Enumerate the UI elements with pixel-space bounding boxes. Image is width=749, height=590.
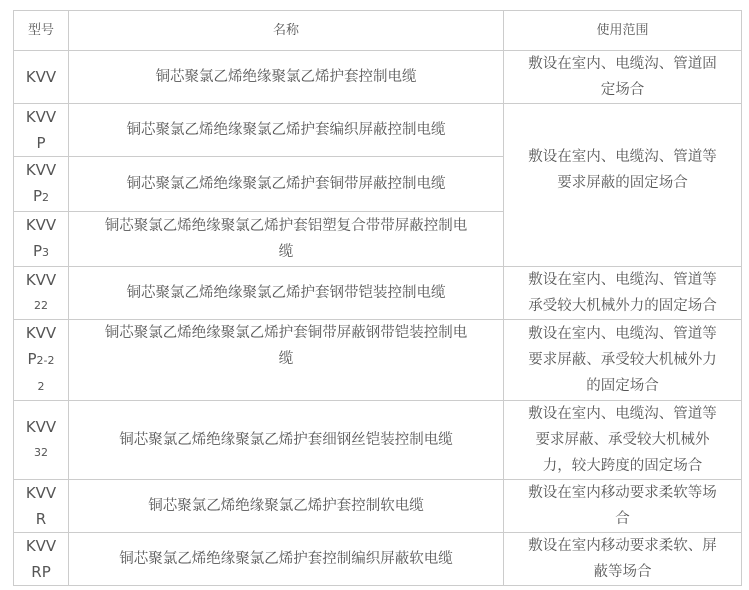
table-row: KVV P 铜芯聚氯乙烯绝缘聚氯乙烯护套编织屏蔽控制电缆 敷设在室内、电缆沟、管… xyxy=(14,104,742,157)
usage-cell: 敷设在室内移动要求柔软等场 合 xyxy=(504,480,742,533)
name-cell: 铜芯聚氯乙烯绝缘聚氯乙烯护套铜带屏蔽控制电缆 xyxy=(69,157,504,212)
model-cell: KVV xyxy=(14,51,69,104)
model-cell: KVV RP xyxy=(14,533,69,586)
name-cell: 铜芯聚氯乙烯绝缘聚氯乙烯护套铝塑复合带带屏蔽控制电 缆 xyxy=(69,212,504,267)
name-cell: 铜芯聚氯乙烯绝缘聚氯乙烯护套钢带铠装控制电缆 xyxy=(69,267,504,320)
name-cell: 铜芯聚氯乙烯绝缘聚氯乙烯护套铜带屏蔽钢带铠装控制电 缆 xyxy=(69,320,504,401)
usage-cell: 敷设在室内、电缆沟、管道固 定场合 xyxy=(504,51,742,104)
header-model: 型号 xyxy=(14,11,69,51)
usage-cell: 敷设在室内、电缆沟、管道等 要求屏蔽、承受较大机械外力 的固定场合 xyxy=(504,320,742,401)
name-cell: 铜芯聚氯乙烯绝缘聚氯乙烯护套细钢丝铠装控制电缆 xyxy=(69,401,504,480)
model-cell: KVV R xyxy=(14,480,69,533)
usage-cell: 敷设在室内、电缆沟、管道等 承受较大机械外力的固定场合 xyxy=(504,267,742,320)
usage-cell: 敷设在室内、电缆沟、管道等 要求屏蔽、承受较大机械外 力，较大跨度的固定场合 xyxy=(504,401,742,480)
model-cell: KVV P xyxy=(14,104,69,157)
header-usage: 使用范围 xyxy=(504,11,742,51)
table-row: KVV RP 铜芯聚氯乙烯绝缘聚氯乙烯护套控制编织屏蔽软电缆 敷设在室内移动要求… xyxy=(14,533,742,586)
model-cell: KVV P3 xyxy=(14,212,69,267)
usage-cell-merged: 敷设在室内、电缆沟、管道等 要求屏蔽的固定场合 xyxy=(504,104,742,267)
name-cell: 铜芯聚氯乙烯绝缘聚氯乙烯护套控制编织屏蔽软电缆 xyxy=(69,533,504,586)
table-row: KVV 32 铜芯聚氯乙烯绝缘聚氯乙烯护套细钢丝铠装控制电缆 敷设在室内、电缆沟… xyxy=(14,401,742,480)
model-cell: KVV 32 xyxy=(14,401,69,480)
cable-spec-table: 型号 名称 使用范围 KVV 铜芯聚氯乙烯绝缘聚氯乙烯护套控制电缆 敷设在室内、… xyxy=(13,10,742,586)
table-row: KVV R 铜芯聚氯乙烯绝缘聚氯乙烯护套控制软电缆 敷设在室内移动要求柔软等场 … xyxy=(14,480,742,533)
table-header-row: 型号 名称 使用范围 xyxy=(14,11,742,51)
name-cell: 铜芯聚氯乙烯绝缘聚氯乙烯护套控制软电缆 xyxy=(69,480,504,533)
name-cell: 铜芯聚氯乙烯绝缘聚氯乙烯护套编织屏蔽控制电缆 xyxy=(69,104,504,157)
model-cell: KVV P2-2 2 xyxy=(14,320,69,401)
name-cell: 铜芯聚氯乙烯绝缘聚氯乙烯护套控制电缆 xyxy=(69,51,504,104)
header-name: 名称 xyxy=(69,11,504,51)
table-row: KVV P2-2 2 铜芯聚氯乙烯绝缘聚氯乙烯护套铜带屏蔽钢带铠装控制电 缆 敷… xyxy=(14,320,742,401)
model-cell: KVV 22 xyxy=(14,267,69,320)
table-row: KVV 22 铜芯聚氯乙烯绝缘聚氯乙烯护套钢带铠装控制电缆 敷设在室内、电缆沟、… xyxy=(14,267,742,320)
model-cell: KVV P2 xyxy=(14,157,69,212)
usage-cell: 敷设在室内移动要求柔软、屏 蔽等场合 xyxy=(504,533,742,586)
table-row: KVV 铜芯聚氯乙烯绝缘聚氯乙烯护套控制电缆 敷设在室内、电缆沟、管道固 定场合 xyxy=(14,51,742,104)
